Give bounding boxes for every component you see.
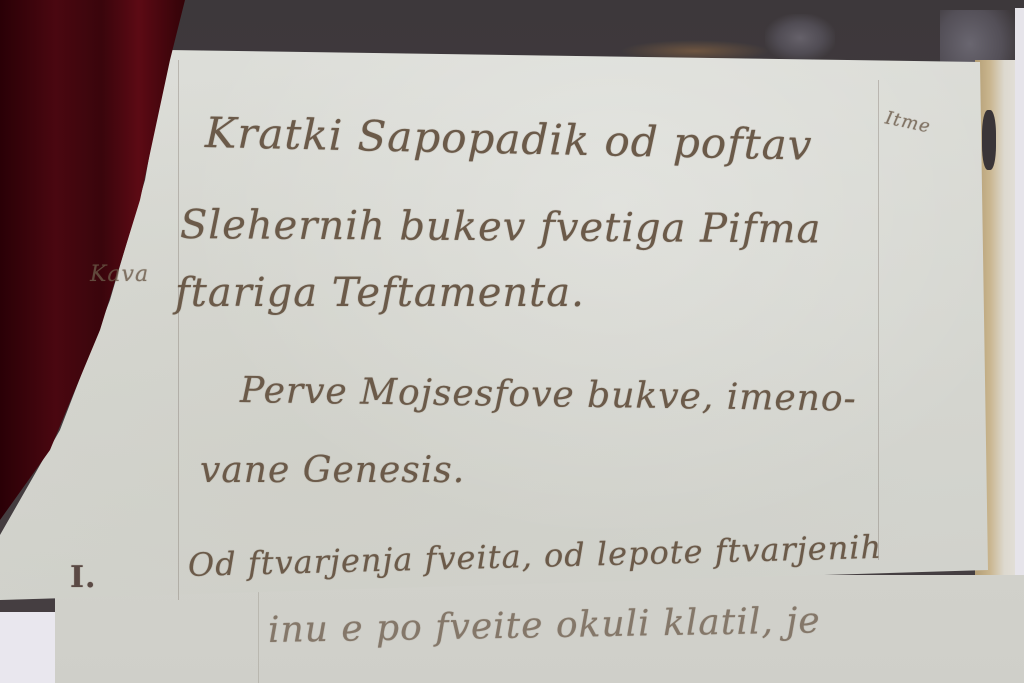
manuscript-line-4: Perve Mojsesfove bukve, imeno- — [240, 370, 857, 420]
margin-note-left: Kava — [90, 262, 149, 287]
ruled-margin-line-right — [878, 80, 879, 560]
ruled-margin-line-left — [178, 60, 179, 600]
backdrop-speckle — [765, 14, 835, 62]
manuscript-line-3: ftariga Teftamenta. — [175, 270, 585, 316]
chapter-numeral: I. — [70, 560, 96, 595]
manuscript-line-5: vane Genesis. — [200, 450, 465, 491]
manuscript-line-2: Slehernih bukev fvetiga Pifma — [180, 202, 822, 252]
ink-blot — [982, 110, 996, 170]
ruled-margin-line — [258, 580, 259, 683]
white-corner — [0, 612, 55, 683]
photo-scene: Kratki Sapopadik od poftav Slehernih buk… — [0, 0, 1024, 683]
